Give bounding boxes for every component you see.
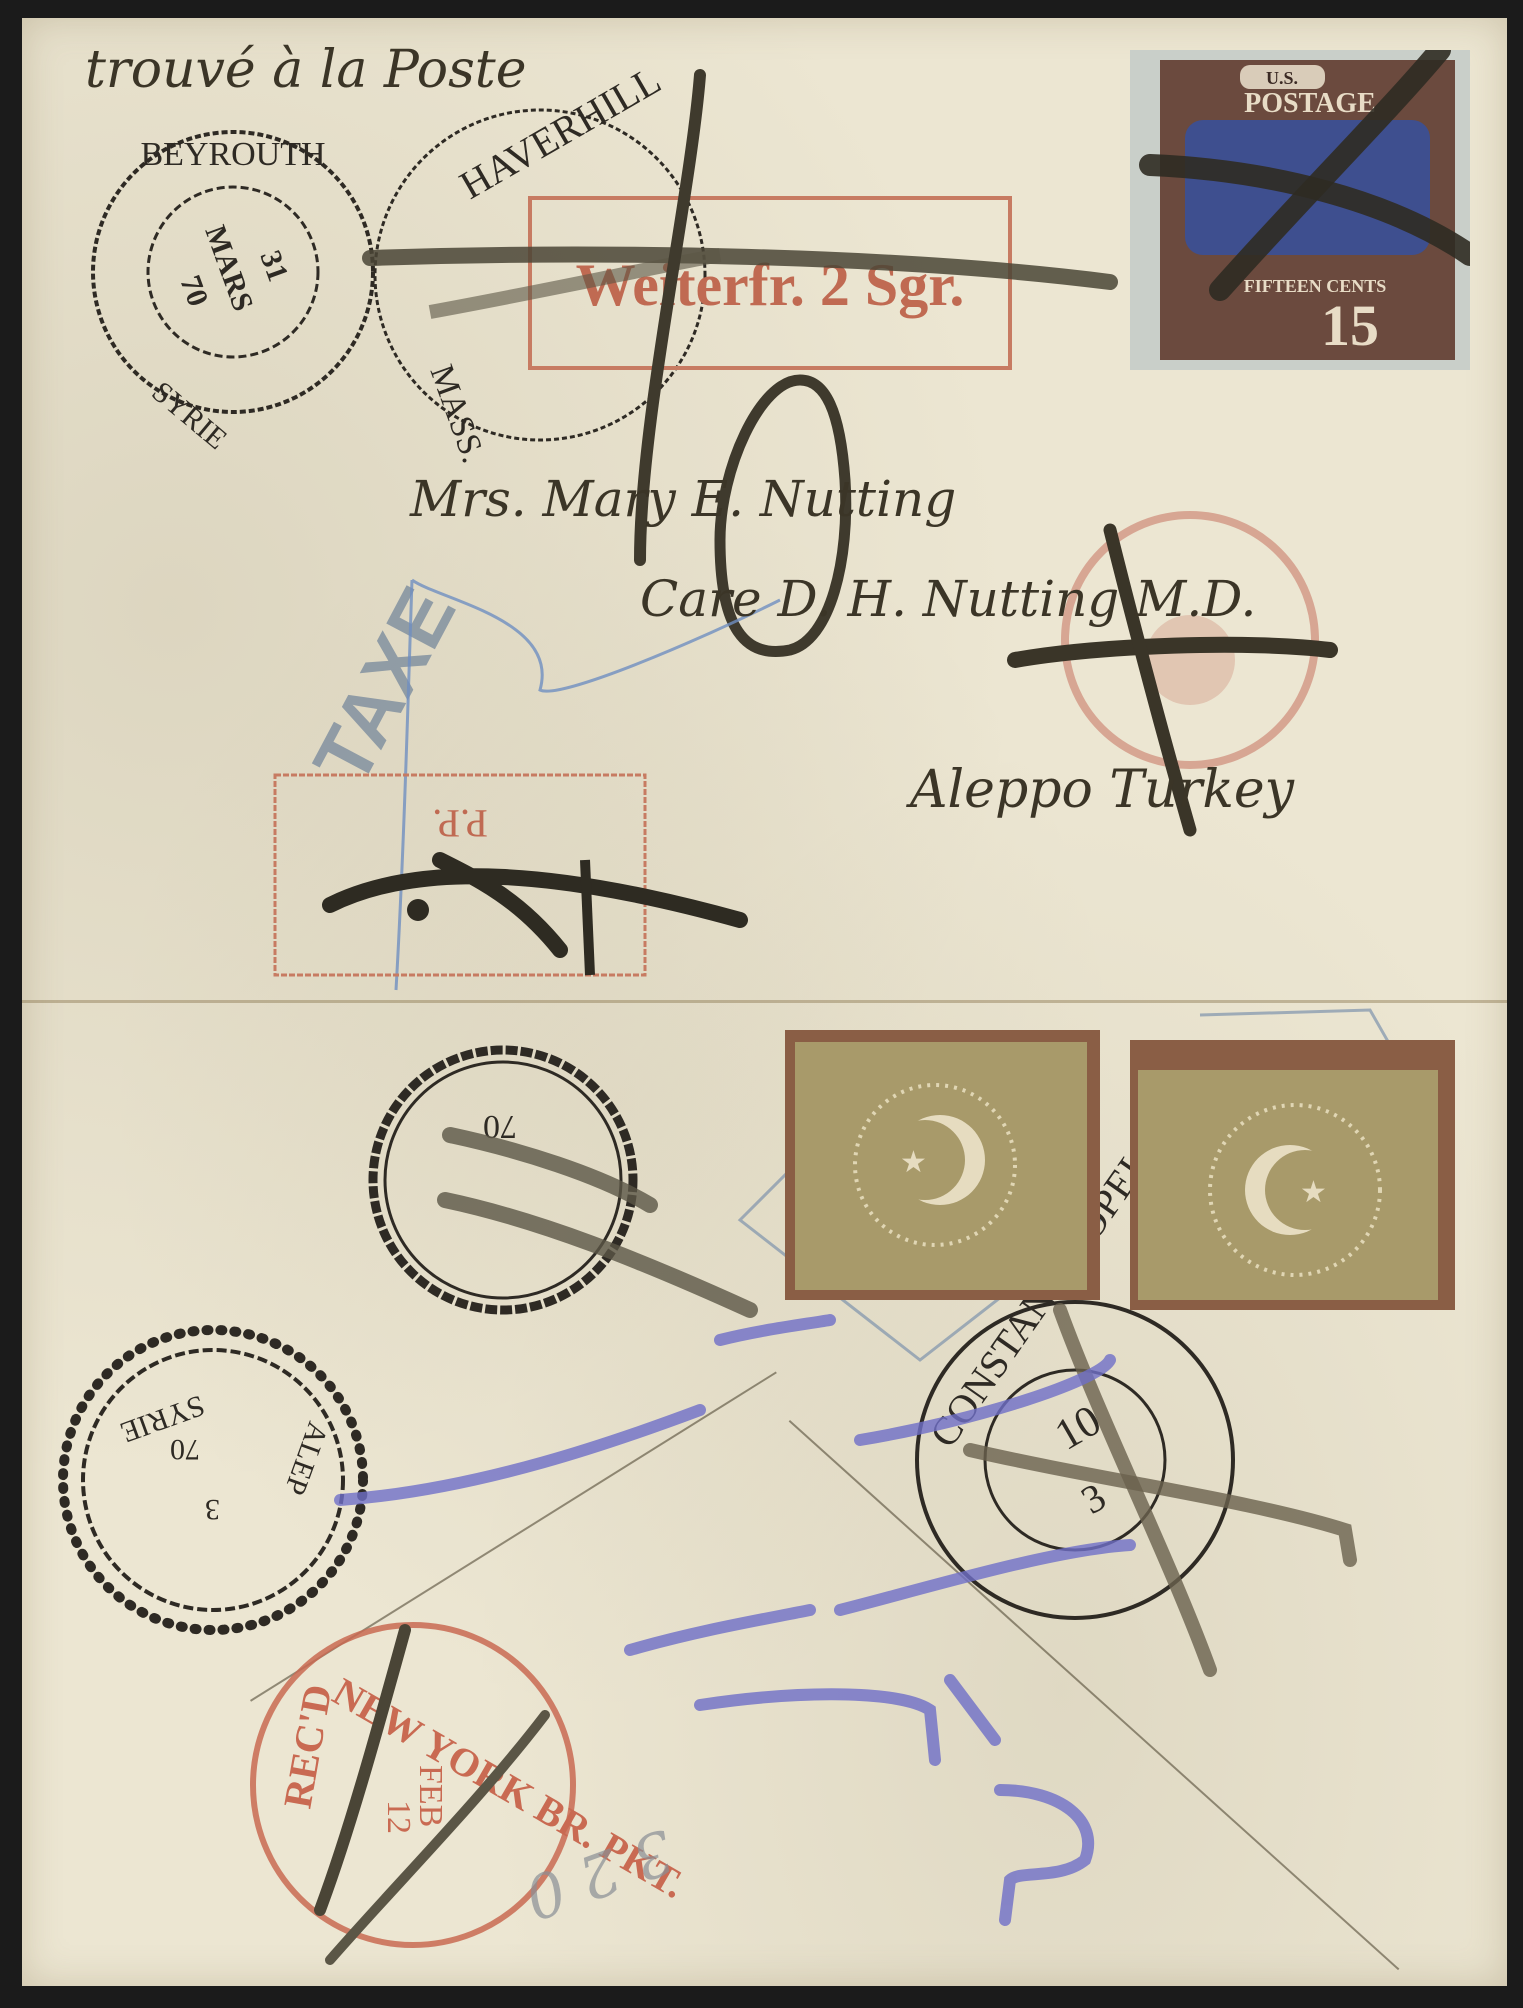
ny-day: 12 xyxy=(380,1800,417,1834)
postmark-beyrouth: BEYROUTH SYRIE 31 MARS 70 xyxy=(93,132,373,456)
beyrouth-text: BEYROUTH xyxy=(140,136,325,173)
date-year: 70 xyxy=(173,271,214,310)
postage-label: POSTAGE xyxy=(1244,88,1376,119)
pp-text: P.P. xyxy=(432,801,488,846)
address-line-2: Care D. H. Nutting M.D. xyxy=(640,570,1256,628)
recd-text: REC'D xyxy=(275,1681,341,1811)
strike-pp xyxy=(330,860,740,950)
manuscript-trouve: trouvé à la Poste xyxy=(85,40,526,100)
address-line-1: Mrs. Mary E. Nutting xyxy=(410,470,956,528)
alep-text: ALEP xyxy=(278,1418,335,1500)
us-15c-stamp: U.S. POSTAGE FIFTEEN CENTS 15 xyxy=(1130,50,1470,370)
alep-day: 3 xyxy=(205,1493,220,1526)
star-icon: ★ xyxy=(900,1145,927,1180)
address-line-3: Aleppo Turkey xyxy=(910,760,1294,820)
alep-year: 70 xyxy=(170,1433,200,1466)
turkey-stamp-left: ★ xyxy=(785,1030,1100,1300)
blue-crayon-marks xyxy=(340,1320,1130,1920)
taxe-handstamp: TAXE xyxy=(296,573,472,798)
postmark-alep: SYRIE ALEP 70 3 xyxy=(63,1330,363,1630)
star-icon: ★ xyxy=(1300,1175,1327,1210)
date-day: 31 xyxy=(253,246,294,285)
us-label: U.S. xyxy=(1266,68,1298,88)
syrie-text: SYRIE xyxy=(146,375,234,456)
strike-ny-a xyxy=(320,1630,405,1910)
value-15: 15 xyxy=(1321,293,1379,358)
turkey-stamp-right: ★ xyxy=(1130,1040,1455,1310)
mass-text: MASS. xyxy=(422,360,491,468)
